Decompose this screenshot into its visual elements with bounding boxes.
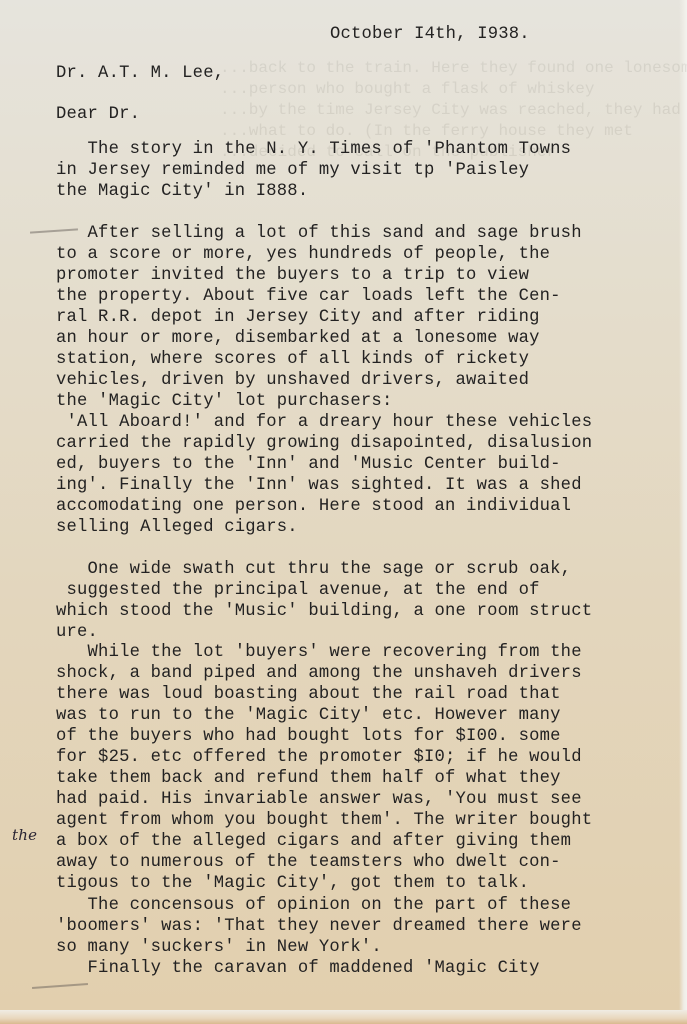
letter-line: One wide swath cut thru the sage or scru… [56,560,571,580]
letter-line: so many 'suckers' in New York'. [56,938,382,958]
letter-line: The concensous of opinion on the part of… [56,896,571,916]
letter-line: station, where scores of all kinds of ri… [56,350,529,370]
letter-line: which stood the 'Music' building, a one … [56,602,592,622]
letter-line: promoter invited the buyers to a trip to… [56,266,529,286]
letter-line: ing'. Finally the 'Inn' was sighted. It … [56,476,582,496]
letter-line: suggested the principal avenue, at the e… [56,581,540,601]
letter-line: to a score or more, yes hundreds of peop… [56,245,550,265]
letter-line: was to run to the 'Magic City' etc. Howe… [56,706,561,726]
letter-line: of the buyers who had bought lots for $I… [56,727,561,747]
letter-recipient: Dr. A.T. M. Lee, [56,64,224,84]
letter-line: a box of the alleged cigars and after gi… [56,832,571,852]
letter-line: away to numerous of the teamsters who dw… [56,853,561,873]
letter-line: Finally the caravan of maddened 'Magic C… [56,959,540,979]
letter-line: had paid. His invariable answer was, 'Yo… [56,790,582,810]
letter-line: agent from whom you bought them'. The wr… [56,811,592,831]
handwritten-annotation: the [12,826,37,844]
margin-pencil-mark [32,983,88,989]
letter-line: shock, a band piped and among the unshav… [56,664,582,684]
letter-line: the Magic City' in I888. [56,182,308,202]
letter-line: selling Alleged cigars. [56,518,298,538]
letter-line: 'All Aboard!' and for a dreary hour thes… [56,413,592,433]
letter-line: in Jersey reminded me of my visit tp 'Pa… [56,161,529,181]
letter-line: there was loud boasting about the rail r… [56,685,561,705]
letter-line: After selling a lot of this sand and sag… [56,224,582,244]
letter-line: ed, buyers to the 'Inn' and 'Music Cente… [56,455,561,475]
letter-line: carried the rapidly growing disapointed,… [56,434,592,454]
letter-line: The story in the N. Y. Times of 'Phantom… [56,140,571,160]
letter-line: an hour or more, disembarked at a loneso… [56,329,540,349]
letter-line: accomodating one person. Here stood an i… [56,497,571,517]
letter-line: tigous to the 'Magic City', got them to … [56,874,529,894]
letter-line: the 'Magic City' lot purchasers: [56,392,392,412]
letter-line: ral R.R. depot in Jersey City and after … [56,308,540,328]
letter-line: While the lot 'buyers' were recovering f… [56,643,582,663]
letter-line: the property. About five car loads left … [56,287,561,307]
underlying-sheet-edge [0,1010,687,1024]
letter-line: ure. [56,623,98,643]
letter-body: October I4th, I938. Dr. A.T. M. Lee, Dea… [0,0,687,1010]
letter-line: 'boomers' was: 'That they never dreamed … [56,917,582,937]
letter-line: take them back and refund them half of w… [56,769,561,789]
letter-salutation: Dear Dr. [56,105,140,125]
letter-date: October I4th, I938. [330,25,530,45]
letter-line: vehicles, driven by unshaved drivers, aw… [56,371,529,391]
letter-line: for $25. etc offered the promoter $I0; i… [56,748,582,768]
